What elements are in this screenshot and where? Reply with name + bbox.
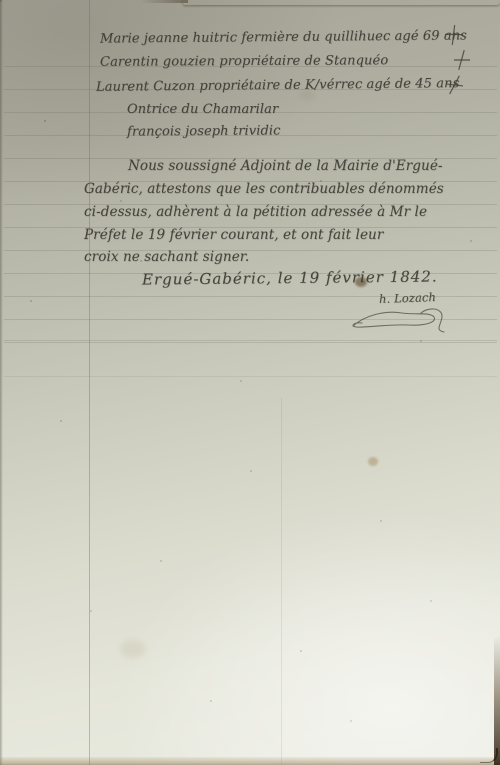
signature-flourish-icon [350, 302, 446, 336]
attestation-line: Préfet le 19 février courant, et ont fai… [84, 227, 383, 243]
entry-line: Ontrice du Chamarilar [127, 102, 278, 117]
foxing-stain [368, 457, 378, 466]
page-top-edge-shadow [183, 0, 500, 5]
paper-specks [0, 0, 2, 2]
page-left-edge-shadow [0, 0, 3, 765]
attestation-line: Gabéric, attestons que les contribuables… [84, 181, 444, 197]
manuscript-page: Marie jeanne huitric fermière du quillih… [0, 0, 500, 765]
attestation-line: Nous soussigné Adjoint de la Mairie d'Er… [128, 158, 443, 174]
entry-line: Carentin gouzien propriétaire de Stanqué… [100, 53, 388, 70]
attestation-line: ci-dessus, adhèrent à la pétition adress… [84, 204, 427, 220]
margin-rule [89, 0, 90, 765]
entry-line: Marie jeanne huitric fermière du quillih… [100, 28, 467, 46]
foxing-stain [120, 640, 146, 658]
paper-crease [281, 398, 282, 765]
signature-cross-icon [451, 48, 474, 72]
page-bottom-edge [0, 757, 500, 765]
dateline: Ergué-Gabéric, le 19 février 1842. [142, 267, 438, 288]
entry-line: françois joseph trividic [127, 123, 281, 139]
signature-cross-icon [443, 72, 468, 98]
ruled-line [4, 340, 497, 341]
attestation-line: croix ne sachant signer. [84, 249, 249, 265]
signature-cross-icon [443, 23, 464, 46]
ruled-line [4, 376, 497, 377]
page-top-edge-fade [140, 0, 188, 3]
page-right-edge-shadow [494, 635, 500, 765]
entry-line: Laurent Cuzon propriétaire de K/vérrec a… [96, 76, 459, 95]
